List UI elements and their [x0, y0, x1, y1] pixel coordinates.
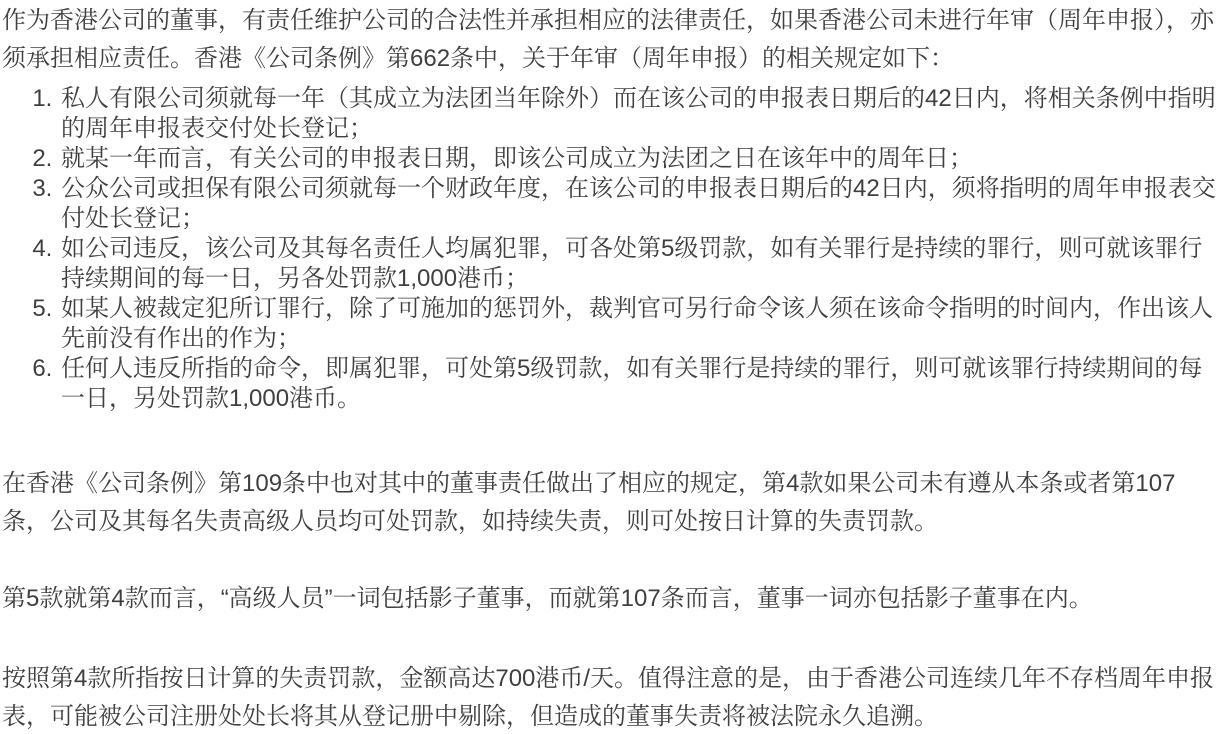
page: { "page": { "background": "#ffffff", "te…: [0, 0, 1225, 734]
intro-paragraph: 作为香港公司的董事，有责任维护公司的合法性并承担相应的法律责任，如果香港公司未进…: [2, 2, 1217, 78]
provision-item-2: 就某一年而言，有关公司的申报表日期，即该公司成立为法团之日在该年中的周年日；: [59, 144, 1217, 174]
provisions-list: 私人有限公司须就每一年（其成立为法团当年除外）而在该公司的申报表日期后的42日内…: [2, 84, 1217, 414]
provision-item-6: 任何人违反所指的命令，即属犯罪，可处第5级罚款，如有关罪行是持续的罪行，则可就该…: [59, 354, 1217, 414]
provision-item-5: 如某人被裁定犯所订罪行，除了可施加的惩罚外，裁判官可另行命令该人须在该命令指明的…: [59, 294, 1217, 354]
section-109-paragraph: 在香港《公司条例》第109条中也对其中的董事责任做出了相应的规定，第4款如果公司…: [2, 465, 1217, 541]
provision-item-3: 公众公司或担保有限公司须就每一个财政年度，在该公司的申报表日期后的42日内，须将…: [59, 174, 1217, 234]
provision-item-4: 如公司违反，该公司及其每名责任人均属犯罪，可各处第5级罚款，如有关罪行是持续的罪…: [59, 234, 1217, 294]
provision-item-1: 私人有限公司须就每一年（其成立为法团当年除外）而在该公司的申报表日期后的42日内…: [59, 84, 1217, 144]
article-body: 作为香港公司的董事，有责任维护公司的合法性并承担相应的法律责任，如果香港公司未进…: [0, 0, 1225, 734]
daily-penalty-paragraph: 按照第4款所指按日计算的失责罚款，金额高达700港币/天。值得注意的是，由于香港…: [2, 660, 1217, 734]
officer-definition-paragraph: 第5款就第4款而言，“高级人员”一词包括影子董事，而就第107条而言，董事一词亦…: [2, 580, 1217, 618]
